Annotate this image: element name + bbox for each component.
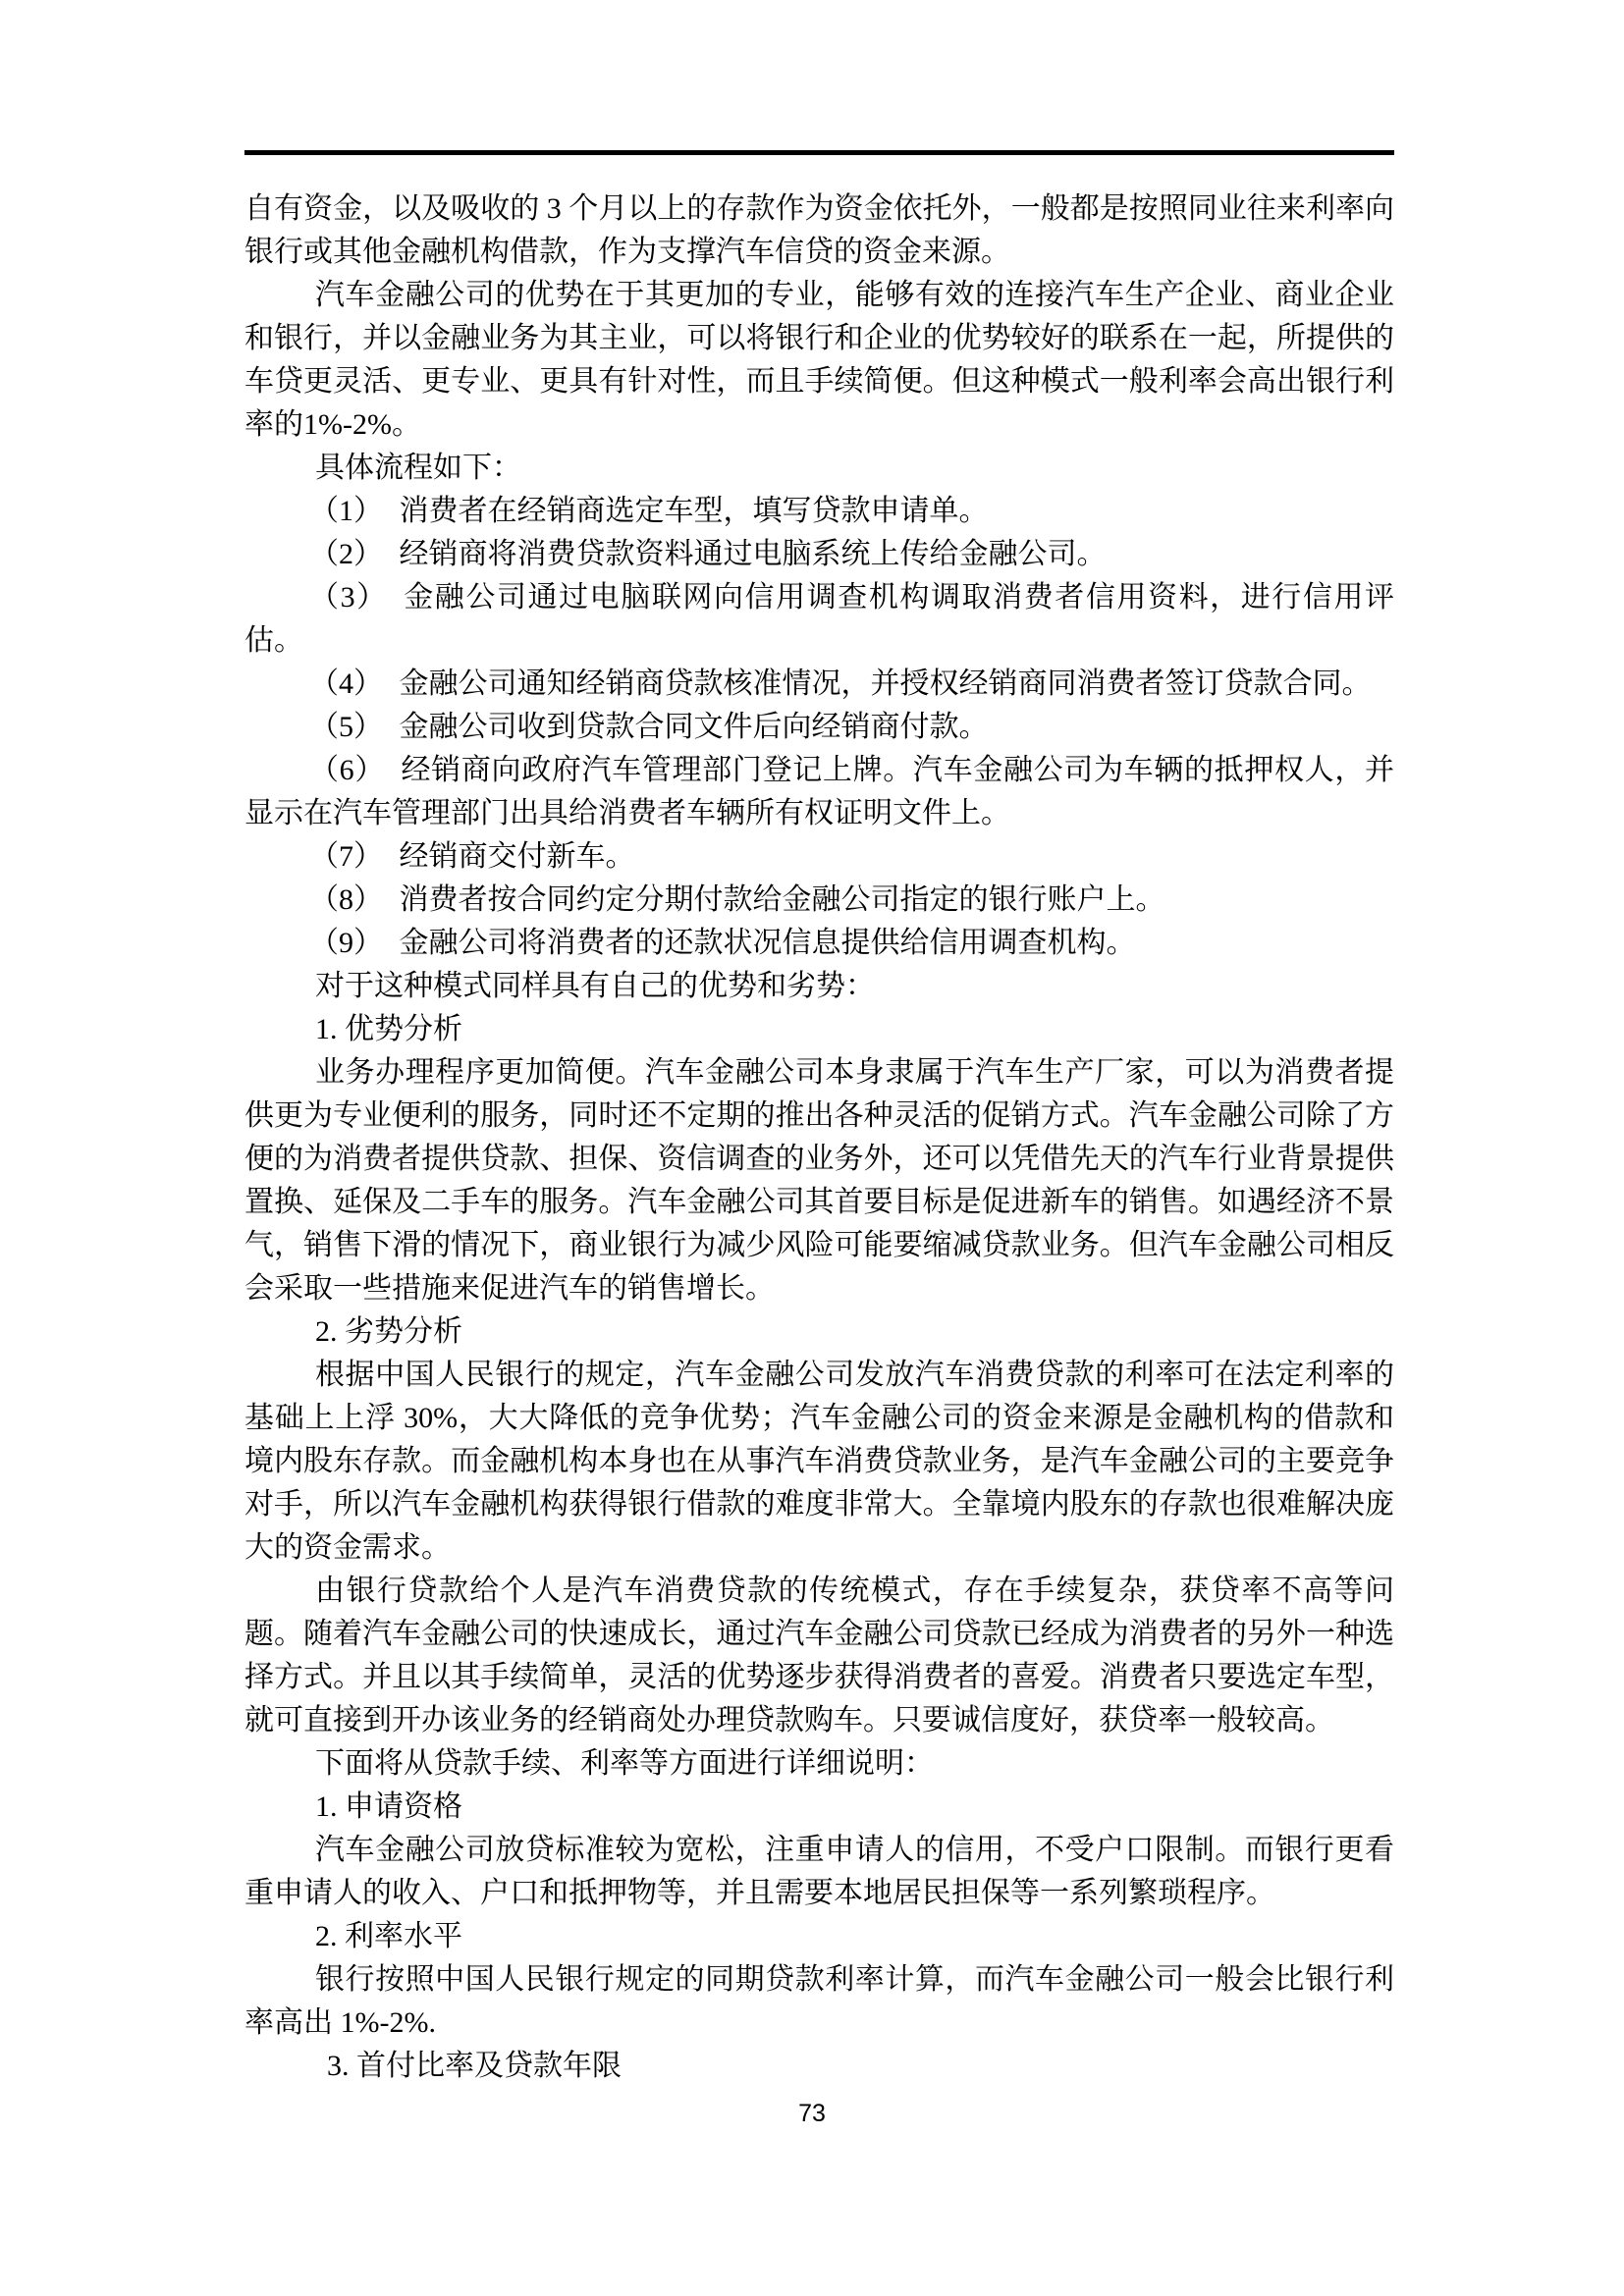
paragraph: 汽车金融公司的优势在于其更加的专业，能够有效的连接汽车生产企业、商业企业和银行，…	[244, 274, 1394, 447]
list-item: （8）消费者按合同约定分期付款给金融公司指定的银行账户上。	[244, 879, 1394, 922]
list-item-number: （4）	[309, 667, 383, 700]
list-item-text: 经销商将消费贷款资料通过电脑系统上传给金融公司。	[400, 538, 1107, 570]
list-item-number: （8）	[309, 883, 383, 916]
list-item-text: 消费者按合同约定分期付款给金融公司指定的银行账户上。	[400, 883, 1165, 916]
list-item-text: 经销商交付新车。	[400, 840, 635, 873]
list-item-text: 金融公司通过电脑联网向信用调查机构调取消费者信用资料，进行信用评估。	[244, 581, 1394, 657]
header-rule-divider	[244, 150, 1394, 155]
section-heading: 2. 利率水平	[244, 1915, 1394, 1958]
paragraph: 具体流程如下：	[244, 447, 1394, 490]
list-item: （7）经销商交付新车。	[244, 835, 1394, 879]
paragraph: 下面将从贷款手续、利率等方面进行详细说明：	[244, 1742, 1394, 1786]
list-item-text: 金融公司将消费者的还款状况信息提供给信用调查机构。	[400, 927, 1136, 959]
list-item: （6）经销商向政府汽车管理部门登记上牌。汽车金融公司为车辆的抵押权人，并显示在汽…	[244, 749, 1394, 835]
paragraph: 由银行贷款给个人是汽车消费贷款的传统模式，存在手续复杂，获贷率不高等问题。随着汽…	[244, 1570, 1394, 1742]
list-item-number: （6）	[309, 754, 385, 786]
list-item: （3）金融公司通过电脑联网向信用调查机构调取消费者信用资料，进行信用评估。	[244, 576, 1394, 663]
list-item-number: （5）	[309, 711, 383, 743]
paragraph: 银行按照中国人民银行规定的同期贷款利率计算，而汽车金融公司一般会比银行利率高出 …	[244, 1958, 1394, 2045]
list-item-text: 金融公司收到贷款合同文件后向经销商付款。	[400, 711, 989, 743]
section-heading: 3. 首付比率及贷款年限	[244, 2045, 1394, 2088]
section-heading: 1. 优势分析	[244, 1008, 1394, 1051]
paragraph: 汽车金融公司放贷标准较为宽松，注重申请人的信用，不受户口限制。而银行更看重申请人…	[244, 1829, 1394, 1915]
list-item-text: 经销商向政府汽车管理部门登记上牌。汽车金融公司为车辆的抵押权人，并显示在汽车管理…	[244, 754, 1394, 829]
list-item-number: （7）	[309, 840, 383, 873]
list-item: （4）金融公司通知经销商贷款核准情况，并授权经销商同消费者签订贷款合同。	[244, 663, 1394, 706]
list-item: （9）金融公司将消费者的还款状况信息提供给信用调查机构。	[244, 922, 1394, 965]
section-heading: 1. 申请资格	[244, 1786, 1394, 1829]
document-body: 自有资金，以及吸收的 3 个月以上的存款作为资金依托外，一般都是按照同业往来利率…	[244, 187, 1394, 2088]
section-heading: 2. 劣势分析	[244, 1310, 1394, 1354]
list-item-number: （9）	[309, 927, 383, 959]
paragraph: 对于这种模式同样具有自己的优势和劣势：	[244, 965, 1394, 1008]
paragraph: 自有资金，以及吸收的 3 个月以上的存款作为资金依托外，一般都是按照同业往来利率…	[244, 187, 1394, 274]
list-item: （2）经销商将消费贷款资料通过电脑系统上传给金融公司。	[244, 533, 1394, 576]
list-item-number: （3）	[309, 581, 388, 614]
document-page: 自有资金，以及吸收的 3 个月以上的存款作为资金依托外，一般都是按照同业往来利率…	[0, 0, 1624, 2296]
page-number: 73	[0, 2099, 1624, 2128]
list-item-number: （1）	[309, 495, 383, 527]
list-item-number: （2）	[309, 538, 383, 570]
list-item: （5）金融公司收到贷款合同文件后向经销商付款。	[244, 706, 1394, 749]
list-item: （1）消费者在经销商选定车型，填写贷款申请单。	[244, 490, 1394, 533]
paragraph: 业务办理程序更加简便。汽车金融公司本身隶属于汽车生产厂家，可以为消费者提供更为专…	[244, 1051, 1394, 1310]
list-item-text: 消费者在经销商选定车型，填写贷款申请单。	[400, 495, 989, 527]
list-item-text: 金融公司通知经销商贷款核准情况，并授权经销商同消费者签订贷款合同。	[400, 667, 1372, 700]
paragraph: 根据中国人民银行的规定，汽车金融公司发放汽车消费贷款的利率可在法定利率的基础上上…	[244, 1354, 1394, 1570]
